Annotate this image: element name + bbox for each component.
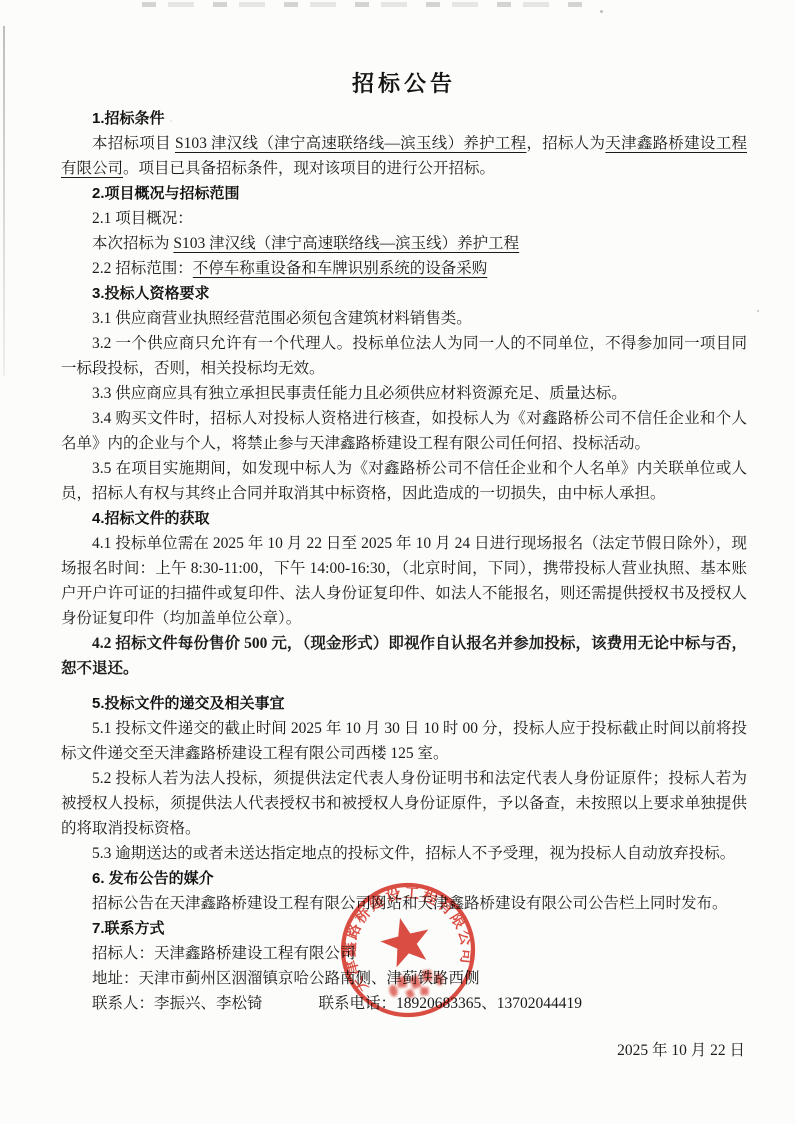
section-heading: 2.项目概况与招标范围	[61, 181, 747, 206]
text-run: 1.招标条件	[92, 110, 165, 127]
scanned-document-page: 招标公告 1.招标条件本招标项目 S103 津汉线（津宁高速联络线—滨玉线）养护…	[0, 0, 795, 1124]
paragraph: 3.3 供应商应具有独立承担民事责任能力且必须供应材料资源充足、质量达标。	[61, 381, 747, 406]
text-run: 3.5 在项目实施期间，如发现中标人为《对鑫路桥公司不信任企业和个人名单》内关联…	[61, 460, 747, 502]
text-run: ，招标人为	[526, 135, 605, 152]
text-run: 4.招标文件的获取	[92, 510, 210, 527]
paragraph: 招标人：天津鑫路桥建设工程有限公司	[61, 941, 747, 966]
underlined-text: S103 津汉线（津宁高速联络线—滨玉线）养护工程	[173, 235, 519, 252]
paragraph: 5.2 投标人若为法人投标，须提供法定代表人身份证明书和法定代表人身份证原件；投…	[61, 766, 747, 841]
text-run: 3.投标人资格要求	[92, 285, 210, 302]
text-run: 招标人：天津鑫路桥建设工程有限公司	[92, 945, 356, 962]
scan-artifact-speck	[600, 10, 603, 13]
section-heading: 7.联系方式	[61, 916, 747, 941]
text-run: 3.4 购买文件时，招标人对投标人资格进行核查，如投标人为《对鑫路桥公司不信任企…	[61, 410, 747, 452]
text-run: 2.2 招标范围：	[92, 260, 193, 277]
section-heading: 6. 发布公告的媒介	[61, 866, 747, 891]
text-run: 本次招标为	[92, 235, 173, 252]
section-heading: 3.投标人资格要求	[61, 281, 747, 306]
document-title: 招标公告	[61, 68, 747, 100]
document-date: 2025 年 10 月 22 日	[61, 1038, 747, 1063]
paragraph: 2.2 招标范围：不停车称重设备和车牌识别系统的设备采购	[61, 256, 747, 281]
text-run: 3.2 一个供应商只允许有一个代理人。投标单位法人为同一人的不同单位，不得参加同…	[61, 335, 747, 377]
text-run: 招标公告在天津鑫路桥建设工程有限公司网站和天津鑫路桥建设有限公司公告栏上同时发布…	[92, 895, 728, 912]
paragraph: 4.2 招标文件每份售价 500 元，（现金形式）即视作自认报名并参加投标，该费…	[61, 631, 747, 681]
text-run: 5.1 投标文件递交的截止时间 2025 年 10 月 30 日 10 时 00…	[61, 720, 747, 762]
text-run: 地址：天津市蓟州区洇溜镇京哈公路南侧、津蓟铁路西侧	[92, 970, 480, 987]
paragraph: 5.1 投标文件递交的截止时间 2025 年 10 月 30 日 10 时 00…	[61, 716, 747, 766]
text-run: 联系电话：18920683365、13702044419	[319, 995, 583, 1012]
paragraph: 联系人：李振兴、李松锜联系电话：18920683365、13702044419	[61, 991, 747, 1016]
text-run: 6. 发布公告的媒介	[92, 870, 214, 887]
text-run: 2.1 项目概况：	[92, 210, 193, 227]
paragraph: 2.1 项目概况：	[61, 206, 747, 231]
text-run: 2.项目概况与招标范围	[92, 185, 240, 202]
paragraph: 招标公告在天津鑫路桥建设工程有限公司网站和天津鑫路桥建设有限公司公告栏上同时发布…	[61, 891, 747, 916]
text-run: 5.2 投标人若为法人投标，须提供法定代表人身份证明书和法定代表人身份证原件；投…	[61, 770, 747, 837]
paragraph: 4.1 投标单位需在 2025 年 10 月 22 日至 2025 年 10 月…	[61, 531, 747, 631]
underlined-text: S103 津汉线（津宁高速联络线—滨玉线）养护工程	[175, 135, 526, 152]
scan-artifact-top	[142, 2, 582, 7]
text-run: 5.投标文件的递交及相关事宜	[92, 695, 285, 712]
underlined-text: 不停车称重设备和车牌识别系统的设备采购	[193, 260, 488, 277]
paragraph: 本次招标为 S103 津汉线（津宁高速联络线—滨玉线）养护工程	[61, 231, 747, 256]
document-content: 招标公告 1.招标条件本招标项目 S103 津汉线（津宁高速联络线—滨玉线）养护…	[61, 68, 747, 1063]
section-heading: 1.招标条件	[61, 106, 747, 131]
text-run: 4.1 投标单位需在 2025 年 10 月 22 日至 2025 年 10 月…	[61, 535, 747, 627]
section-heading: 5.投标文件的递交及相关事宜	[61, 691, 747, 716]
text-run: 5.3 逾期送达的或者未送达指定地点的投标文件，招标人不予受理，视为投标人自动放…	[92, 845, 735, 862]
paragraph: 3.4 购买文件时，招标人对投标人资格进行核查，如投标人为《对鑫路桥公司不信任企…	[61, 406, 747, 456]
paragraph: 3.1 供应商营业执照经营范围必须包含建筑材料销售类。	[61, 306, 747, 331]
paragraph: 3.2 一个供应商只允许有一个代理人。投标单位法人为同一人的不同单位，不得参加同…	[61, 331, 747, 381]
paragraph: 3.5 在项目实施期间，如发现中标人为《对鑫路桥公司不信任企业和个人名单》内关联…	[61, 456, 747, 506]
text-run: 本招标项目	[92, 135, 175, 152]
text-run: 。项目已具备招标条件，现对该项目的进行公开招标。	[123, 160, 495, 177]
section-heading: 4.招标文件的获取	[61, 506, 747, 531]
text-run: 联系人：李振兴、李松锜	[92, 995, 263, 1012]
scan-artifact-speck	[757, 310, 759, 312]
text-run: 4.2 招标文件每份售价 500 元，（现金形式）即视作自认报名并参加投标，该费…	[61, 635, 747, 677]
paragraph: 地址：天津市蓟州区洇溜镇京哈公路南侧、津蓟铁路西侧	[61, 966, 747, 991]
text-run: 3.1 供应商营业执照经营范围必须包含建筑材料销售类。	[92, 310, 472, 327]
text-run: 7.联系方式	[92, 920, 165, 937]
scan-artifact-left-edge	[3, 26, 5, 376]
paragraph: 5.3 逾期送达的或者未送达指定地点的投标文件，招标人不予受理，视为投标人自动放…	[61, 841, 747, 866]
text-run: 3.3 供应商应具有独立承担民事责任能力且必须供应材料资源充足、质量达标。	[92, 385, 627, 402]
paragraph: 本招标项目 S103 津汉线（津宁高速联络线—滨玉线）养护工程，招标人为天津鑫路…	[61, 131, 747, 181]
document-body: 1.招标条件本招标项目 S103 津汉线（津宁高速联络线—滨玉线）养护工程，招标…	[61, 106, 747, 1016]
